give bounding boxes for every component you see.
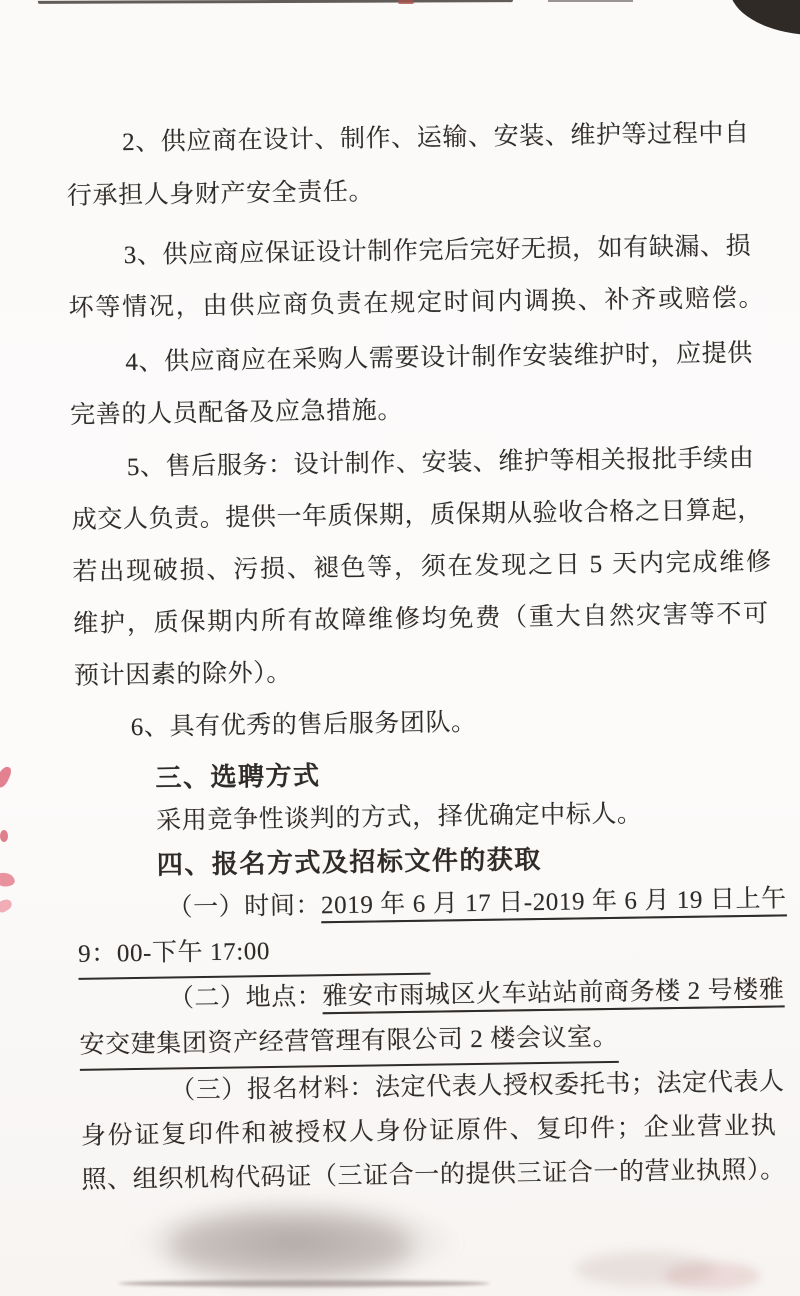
scanned-document-page: 2、供应商在设计、制作、运输、安装、维护等过程中自 行承担人身财产安全责任。 3… bbox=[0, 0, 800, 1296]
registration-time-line-1: （一）时间：2019 年 6 月 17 日-2019 年 6 月 19 日上午 bbox=[77, 881, 800, 927]
margin-pink-mark-1 bbox=[0, 765, 13, 790]
time-value-underlined-2: 9：00-下午 17:00 bbox=[78, 933, 431, 980]
term-2-line-2: 行承担人身财产安全责任。 bbox=[67, 170, 759, 214]
registration-location-line-2: 安交建集团资产经营管理有限公司 2 楼会议室。 bbox=[79, 1019, 772, 1071]
term-5-line-4: 维护，质保期内所有故障维修均免费（重大自然灾害等不可 bbox=[73, 598, 765, 642]
materials-line-3: 照、组织机构代码证（三证合一的提供三证合一的营业执照）。 bbox=[81, 1154, 773, 1198]
term-5-line-1: 5、售后服务：设计制作、安装、维护等相关报批手续由 bbox=[71, 441, 800, 486]
section-4-heading: 四、报名方式及招标文件的获取 bbox=[77, 837, 800, 882]
registration-location-line-1: （二）地点：雅安市雨城区火车站站前商务楼 2 号楼雅 bbox=[79, 972, 800, 1018]
term-4-line-2: 完善的人员配备及应急措施。 bbox=[70, 389, 762, 433]
section-3-heading: 三、选聘方式 bbox=[75, 750, 800, 795]
margin-pink-mark-2 bbox=[0, 830, 8, 842]
time-label: （一）时间： bbox=[167, 892, 321, 921]
materials-line-1: （三）报名材料：法定代表人授权委托书；法定代表人 bbox=[80, 1064, 800, 1110]
term-5-line-3: 若出现破损、污损、褪色等，须在发现之日 5 天内完成维修 bbox=[72, 546, 764, 590]
term-3-line-1: 3、供应商应保证设计制作完后完好无损，如有缺漏、损 bbox=[68, 229, 800, 274]
materials-line-2: 身份证复印件和被授权人身份证原件、复印件；企业营业执 bbox=[81, 1110, 773, 1154]
registration-time-line-2: 9：00-下午 17:00 bbox=[78, 928, 771, 980]
time-value-underlined: 2019 年 6 月 17 日-2019 年 6 月 19 日上午 bbox=[321, 885, 787, 919]
location-value-underlined-2: 安交建集团资产经营管理有限公司 2 楼会议室。 bbox=[79, 1021, 618, 1071]
term-5-line-2: 成交人负责。提供一年质保期，质保期从验收合格之日算起， bbox=[71, 494, 763, 538]
margin-pink-mark-4 bbox=[0, 897, 14, 914]
location-label: （二）地点： bbox=[169, 983, 323, 1012]
section-3-body: 采用竞争性谈判的方式，择优确定中标人。 bbox=[76, 794, 800, 839]
term-6-line-1: 6、具有优秀的售后服务团队。 bbox=[75, 701, 800, 746]
document-text-block: 2、供应商在设计、制作、运输、安装、维护等过程中自 行承担人身财产安全责任。 3… bbox=[64, 0, 775, 1296]
margin-pink-mark-3 bbox=[0, 870, 16, 890]
location-value-underlined: 雅安市雨城区火车站站前商务楼 2 号楼雅 bbox=[322, 976, 784, 1010]
term-5-line-5: 预计因素的除外）。 bbox=[74, 650, 766, 694]
term-4-line-1: 4、供应商应在采购人需要设计制作安装维护时，应提供 bbox=[69, 336, 800, 381]
term-3-line-2: 坏等情况，由供应商负责在规定时间内调换、补齐或赔偿。 bbox=[68, 282, 760, 326]
term-2-line-1: 2、供应商在设计、制作、运输、安装、维护等过程中自 bbox=[66, 116, 800, 161]
